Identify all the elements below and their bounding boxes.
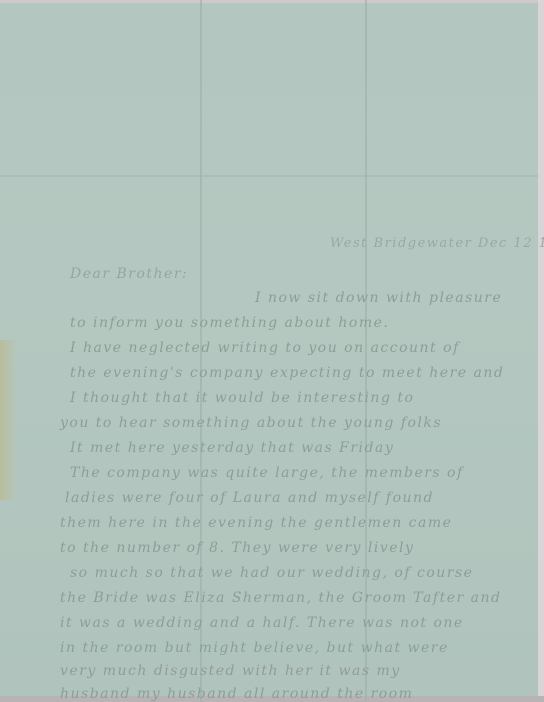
salutation: Dear Brother: bbox=[70, 266, 188, 282]
letter-line: so much so that we had our wedding, of c… bbox=[70, 565, 473, 581]
letter-line: I now sit down with pleasure bbox=[255, 290, 502, 306]
letter-line: in the room but might believe, but what … bbox=[60, 640, 449, 656]
letter-line: It met here yesterday that was Friday bbox=[70, 440, 394, 456]
letter-body: West Bridgewater Dec 12 18__ Dear Brothe… bbox=[0, 0, 538, 702]
letter-line: them here in the evening the gentlemen c… bbox=[60, 515, 452, 531]
letter-line: ladies were four of Laura and myself fou… bbox=[65, 490, 434, 506]
letter-line: very much disgusted with her it was my bbox=[60, 663, 401, 679]
letter-line: husband my husband all around the room bbox=[60, 686, 413, 702]
letter-line: to inform you something about home. bbox=[70, 315, 389, 331]
paper-right-edge bbox=[538, 0, 544, 702]
letter-line: the Bride was Eliza Sherman, the Groom T… bbox=[60, 590, 501, 606]
letter-line: the evening's company expecting to meet … bbox=[70, 365, 504, 381]
letter-line: I thought that it would be interesting t… bbox=[70, 390, 414, 406]
letter-line: to the number of 8. They were very livel… bbox=[60, 540, 414, 556]
dateline: West Bridgewater Dec 12 18__ bbox=[330, 236, 544, 251]
letter-line: I have neglected writing to you on accou… bbox=[70, 340, 460, 356]
letter-line: it was a wedding and a half. There was n… bbox=[60, 615, 464, 631]
letter-line: you to hear something about the young fo… bbox=[60, 415, 442, 431]
letter-line: The company was quite large, the members… bbox=[70, 465, 464, 481]
